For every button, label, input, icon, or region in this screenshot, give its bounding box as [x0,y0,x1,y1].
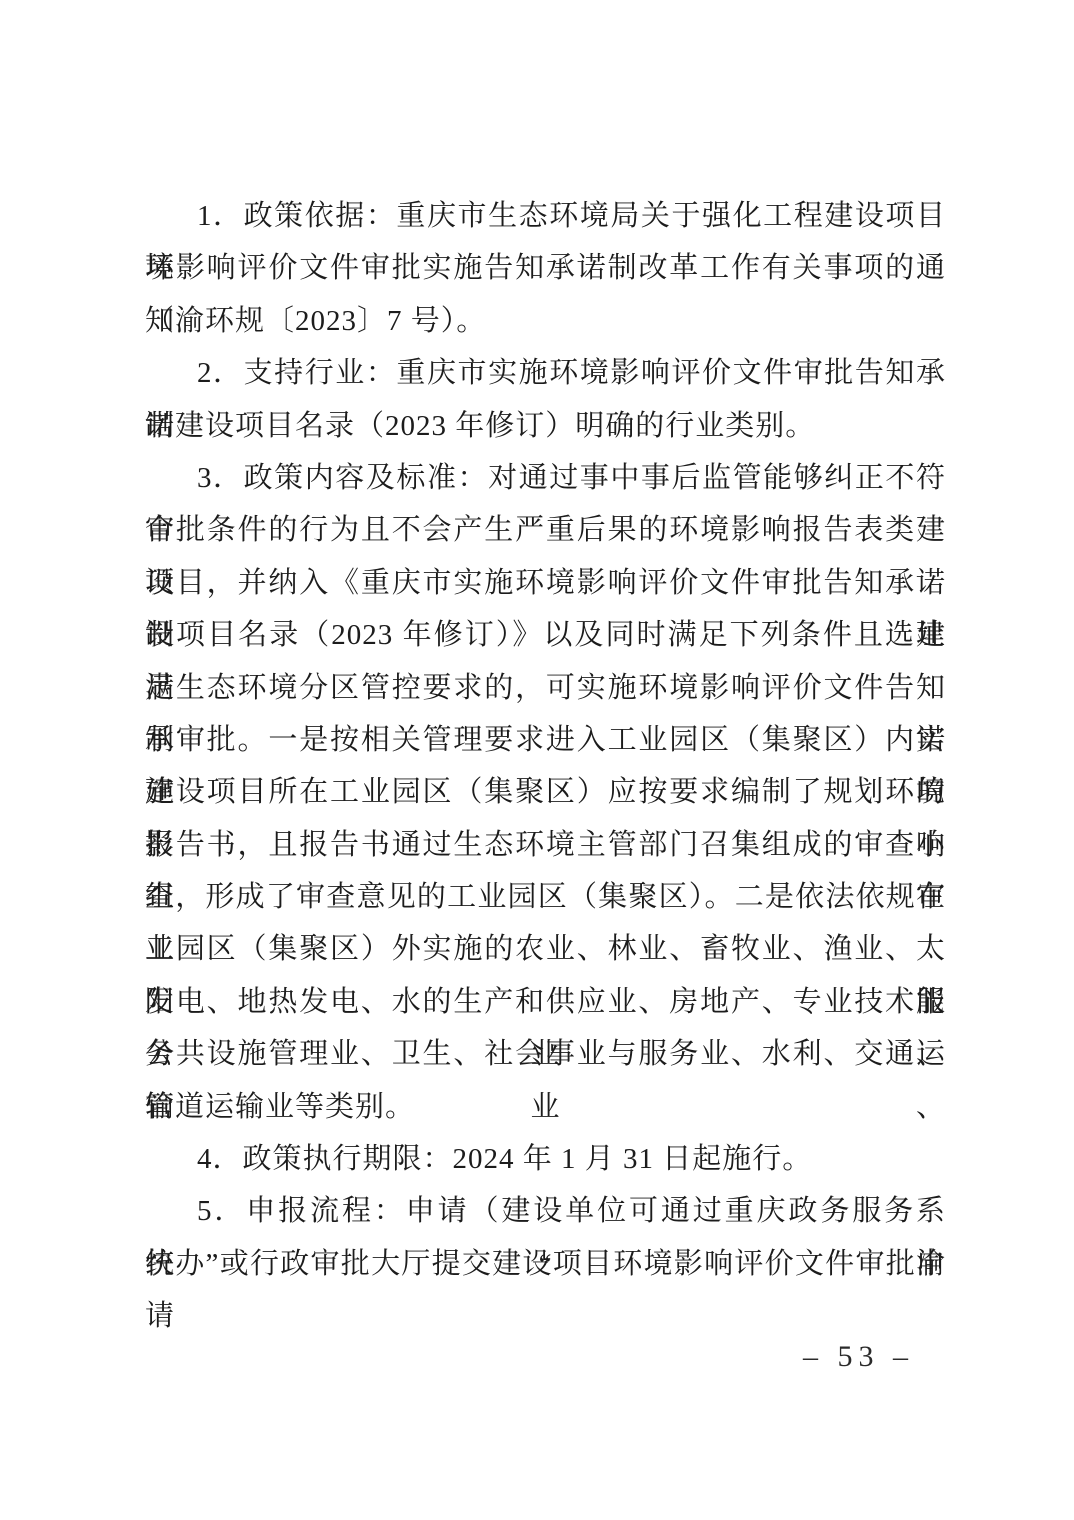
text-line: 审批条件的行为且不会产生严重后果的环境影响报告表类建设 [145,504,946,556]
text-line: 查，形成了审查意见的工业园区（集聚区）。二是依法依规在工 [145,871,946,923]
text-line: （渝环规〔2023〕7 号）。 [145,295,946,347]
text-line: 境影响评价文件审批实施告知承诺制改革工作有关事项的通知 [145,242,946,294]
text-line: 业园区（集聚区）外实施的农业、林业、畜牧业、渔业、太阳能 [145,923,946,975]
text-line: 2．支持行业：重庆市实施环境影响评价文件审批告知承诺 [145,347,946,399]
document-page: 1．政策依据：重庆市生态环境局关于强化工程建设项目环 境影响评价文件审批实施告知… [0,0,1074,1520]
text-line: 公共设施管理业、卫生、社会事业与服务业、水利、交通运输业、 [145,1028,946,1080]
text-line: 建设项目所在工业园区（集聚区）应按要求编制了规划环境影响 [145,766,946,818]
text-line: 足生态环境分区管控要求的，可实施环境影响评价文件告知承诺 [145,662,946,714]
text-line: 项目，并纳入《重庆市实施环境影响评价文件审批告知承诺制建 [145,557,946,609]
text-line: 设项目名录（2023 年修订）》以及同时满足下列条件且选址满 [145,609,946,661]
text-line: 制审批。一是按相关管理要求进入工业园区（集聚区）内实施的 [145,714,946,766]
text-line: 5．申报流程：申请（建设单位可通过重庆政务服务系统“渝 [145,1185,946,1237]
text-line: 发电、地热发电、水的生产和供应业、房地产、专业技术服务业、 [145,976,946,1028]
text-body: 1．政策依据：重庆市生态环境局关于强化工程建设项目环 境影响评价文件审批实施告知… [145,190,946,1290]
text-line: 快办”或行政审批大厅提交建设项目环境影响评价文件审批申请 [145,1238,946,1290]
text-line: 3．政策内容及标准：对通过事中事后监管能够纠正不符合 [145,452,946,504]
text-line: 制建设项目名录（2023 年修订）明确的行业类别。 [145,400,946,452]
text-line: 报告书，且报告书通过生态环境主管部门召集组成的审查小组审 [145,819,946,871]
page-number: – 53 – [803,1340,914,1374]
text-line: 1．政策依据：重庆市生态环境局关于强化工程建设项目环 [145,190,946,242]
text-line: 4．政策执行期限：2024 年 1 月 31 日起施行。 [145,1133,946,1185]
